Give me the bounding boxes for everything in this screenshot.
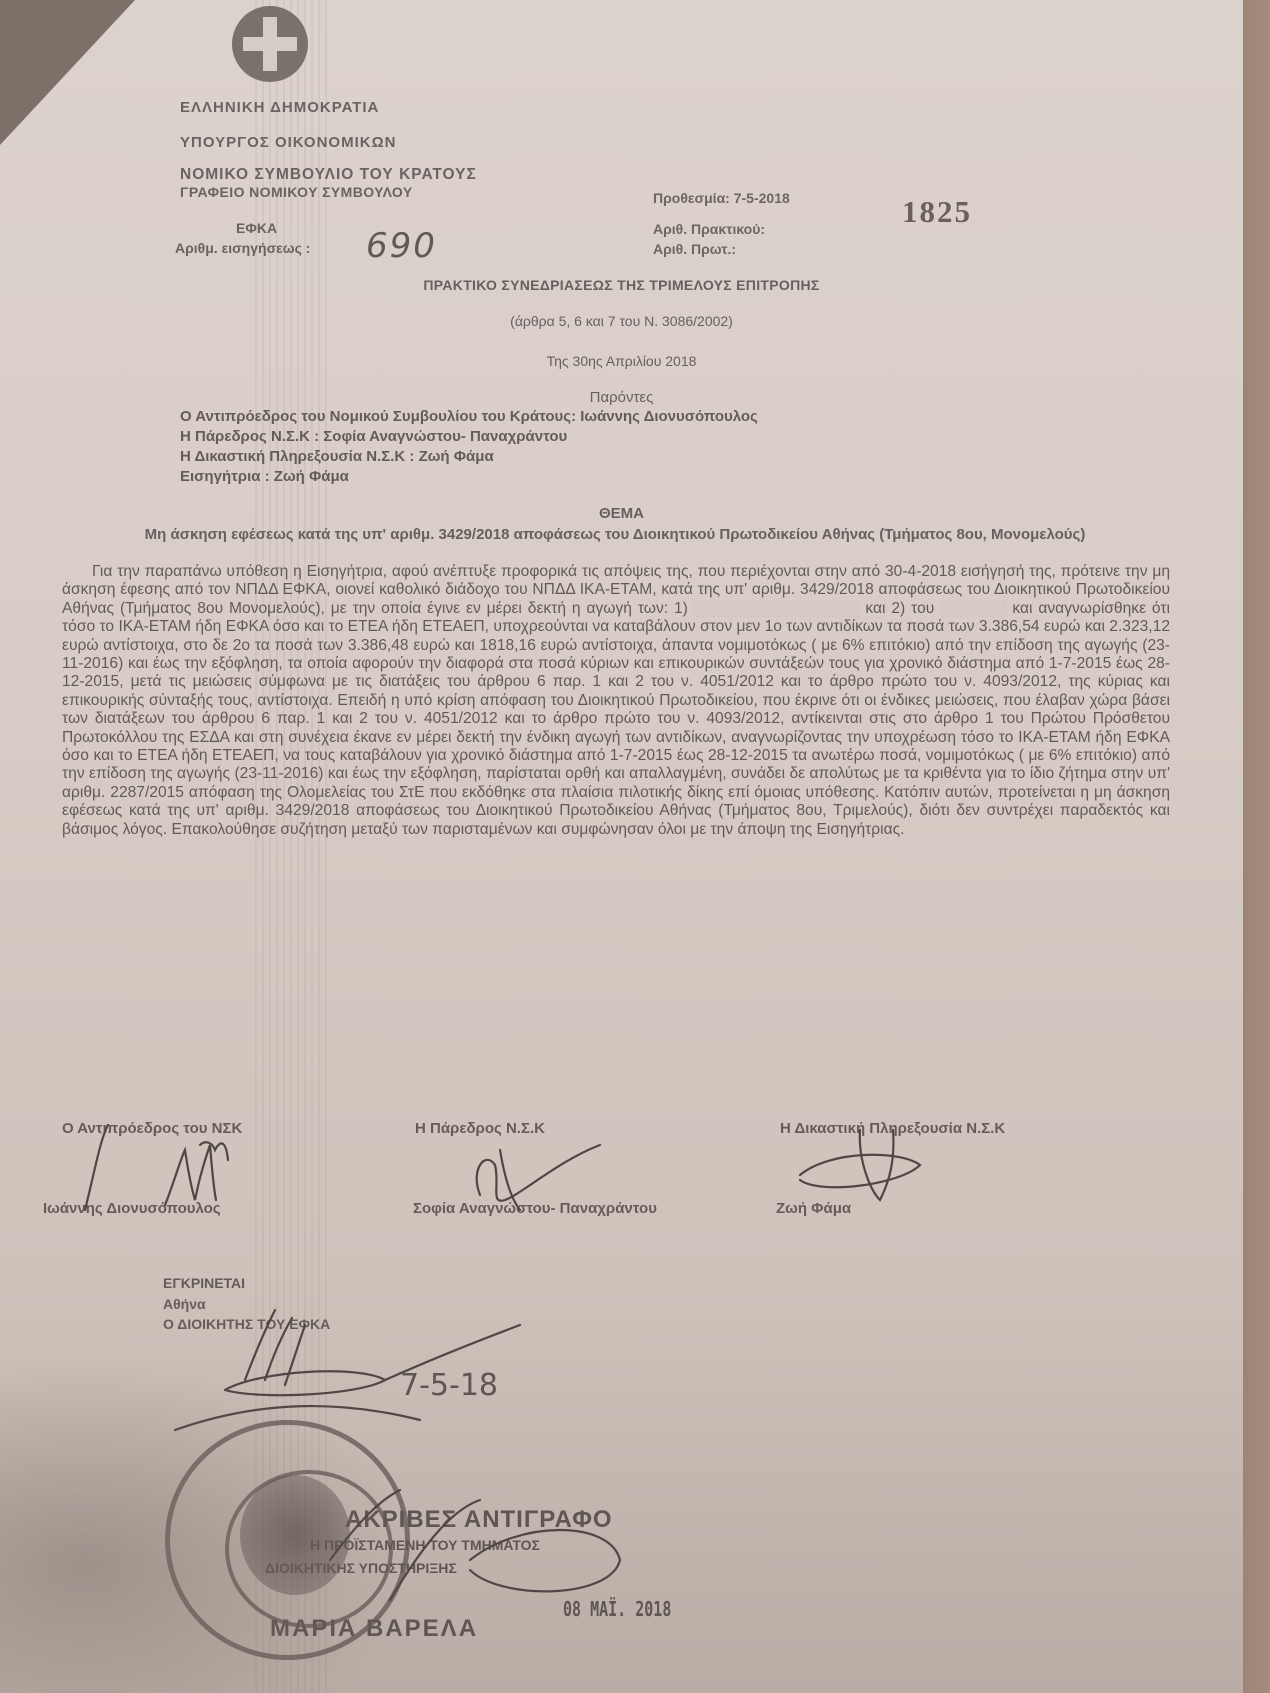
present-member: Εισηγήτρια : Ζωή Φάμα <box>180 468 349 485</box>
certified-copy-role: Η ΠΡΟΪΣΤΑΜΕΝΗ ΤΟΥ ΤΜΗΜΑΤΟΣ <box>310 1537 540 1553</box>
present-member: Η Δικαστική Πληρεξουσία Ν.Σ.Κ : Ζωή Φάμα <box>180 448 494 465</box>
present-member: Ο Αντιπρόεδρος του Νομικού Συμβουλίου το… <box>180 408 758 425</box>
body-paragraph: Για την παραπάνω υπόθεση η Εισηγήτρια, α… <box>62 563 1170 839</box>
present-member: Η Πάρεδρος Ν.Σ.Κ : Σοφία Αναγνώστου- Παν… <box>180 428 567 445</box>
signatory-name: Ιωάννης Διονυσόπουλος <box>43 1200 221 1217</box>
report-number-label: Αριθμ. εισηγήσεως : <box>175 240 310 256</box>
signatory-name: Ζωή Φάμα <box>776 1200 851 1217</box>
header-office: ΓΡΑΦΕΙΟ ΝΟΜΙΚΟΥ ΣΥΜΒΟΥΛΟΥ <box>180 184 413 200</box>
subject-text: Μη άσκηση εφέσεως κατά της υπ' αριθμ. 34… <box>60 525 1170 545</box>
folded-corner <box>0 0 135 145</box>
protocol-number-label: Αριθ. Πρωτ.: <box>653 241 736 257</box>
stamped-number: 1825 <box>902 194 972 230</box>
certified-copy-label: ΑΚΡΙΒΕΣ ΑΝΤΙΓΡΑΦΟ <box>345 1506 613 1534</box>
greek-emblem-icon <box>232 6 308 82</box>
document-page: ΕΛΛΗΝΙΚΗ ΔΗΜΟΚΡΑΤΙΑ ΥΠΟΥΡΓΟΣ ΟΙΚΟΝΟΜΙΚΩΝ… <box>0 0 1243 1693</box>
signatory-name: Σοφία Αναγνώστου- Παναχράντου <box>413 1200 657 1217</box>
approval-place: Αθήνα <box>163 1296 206 1312</box>
header-ministry: ΥΠΟΥΡΓΟΣ ΟΙΚΟΝΟΜΙΚΩΝ <box>180 134 396 151</box>
signatory-title: Η Δικαστική Πληρεξουσία Ν.Σ.Κ <box>780 1120 1005 1137</box>
certifier-name: ΜΑΡΙΑ ΒΑΡΕΛΑ <box>270 1615 478 1643</box>
header-agency: ΕΦΚΑ <box>236 220 277 236</box>
header-republic: ΕΛΛΗΝΙΚΗ ΔΗΜΟΚΡΑΤΙΑ <box>180 99 379 116</box>
document-title: ΠΡΑΚΤΙΚΟ ΣΥΝΕΔΡΙΑΣΕΩΣ ΤΗΣ ΤΡΙΜΕΛΟΥΣ ΕΠΙΤ… <box>0 277 1243 293</box>
seal-emblem-icon <box>240 1475 350 1595</box>
handwritten-date: 7-5-18 <box>400 1368 498 1403</box>
signatory-title: Η Πάρεδρος Ν.Σ.Κ <box>415 1120 545 1137</box>
redacted-name: ░░░░░░ <box>940 600 1006 617</box>
approval-director: Ο ΔΙΟΙΚΗΤΗΣ ΤΟΥ ΕΦΚΑ <box>163 1316 330 1332</box>
background-surface <box>1243 0 1270 1693</box>
document-date: Της 30ης Απριλίου 2018 <box>0 353 1243 369</box>
present-heading: Παρόντες <box>0 389 1243 406</box>
subject-heading: ΘΕΜΑ <box>0 505 1243 522</box>
document-articles: (άρθρα 5, 6 και 7 του Ν. 3086/2002) <box>0 313 1243 329</box>
certification-date-stamp: 08 ΜΑΪ. 2018 <box>563 1597 671 1621</box>
header-council: ΝΟΜΙΚΟ ΣΥΜΒΟΥΛΙΟ ΤΟΥ ΚΡΑΤΟΥΣ <box>180 166 477 184</box>
deadline: Προθεσμία: 7-5-2018 <box>653 190 790 206</box>
approval-label: ΕΓΚΡΙΝΕΤΑΙ <box>163 1275 245 1291</box>
minutes-number-label: Αριθ. Πρακτικού: <box>653 221 765 237</box>
signatory-title: Ο Αντιπρόεδρος του ΝΣΚ <box>62 1120 242 1137</box>
certified-copy-department: ΔΙΟΙΚΗΤΙΚΗΣ ΥΠΟΣΤΗΡΙΞΗΣ <box>265 1560 457 1576</box>
report-number-handwritten: 690 <box>366 226 437 266</box>
redacted-name: ░░░░░░░░░░░░░░░ <box>694 600 860 617</box>
